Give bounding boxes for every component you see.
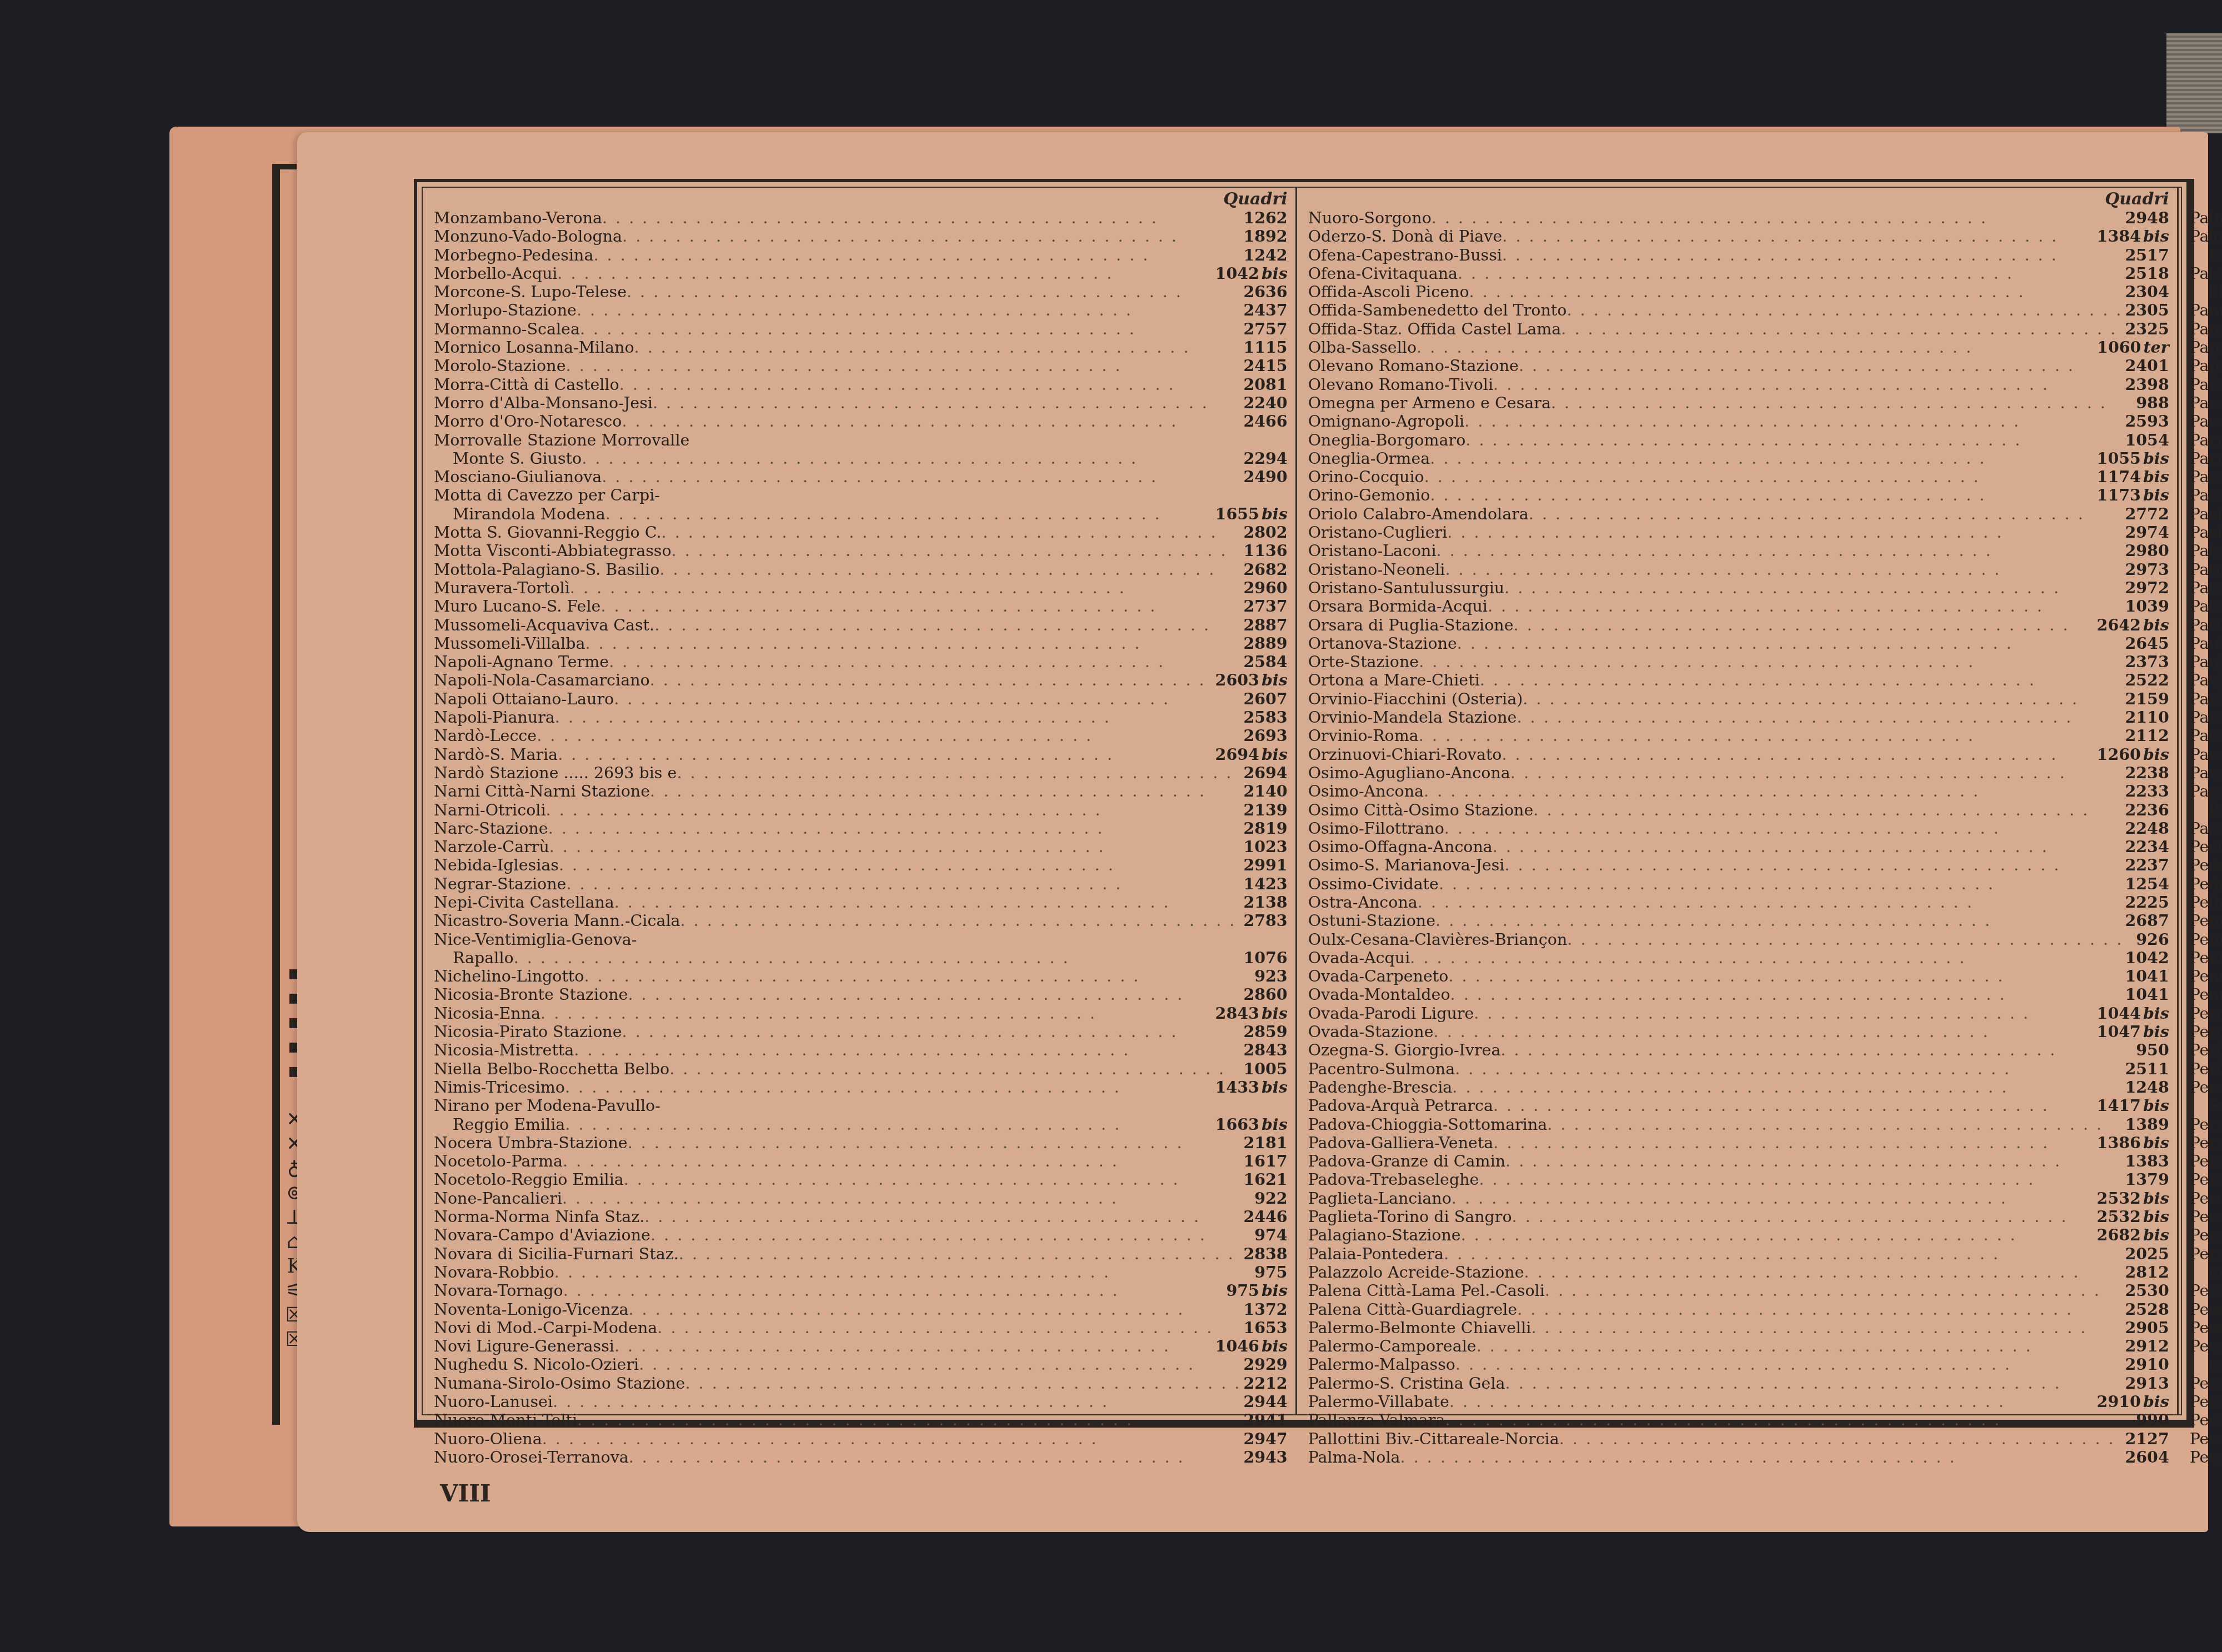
table-number: 2248 (2123, 819, 2169, 838)
table-number: 2398 (2123, 376, 2169, 394)
station-route-name: Padova-Arquà Petrarca (1308, 1097, 1493, 1115)
index-entry: Narni-Otricoli2139 (434, 801, 1288, 819)
table-number: 1383 (2123, 1152, 2169, 1170)
table-number: 1655 (1213, 505, 1259, 523)
station-route-name: Orino-Gemonio (1308, 486, 1430, 504)
leader-dots (614, 690, 1241, 708)
station-route-name: Narni Città-Narni Stazione (434, 782, 650, 800)
table-number-suffix: bis (2143, 1393, 2169, 1411)
index-entry: Passignano-Castel Rigone2100 (2190, 468, 2222, 486)
station-route-name: Pennabilli-Mercatino Marecchia (2190, 912, 2222, 930)
index-entry: Pellegrino-Fornovo1592 (2190, 893, 2222, 912)
leader-dots (679, 1245, 1242, 1263)
index-entry: Osimo-Agugliano-Ancona2238 (1308, 764, 2169, 782)
table-number: 2838 (1241, 1245, 1287, 1263)
index-entry: Mormanno-Scalea2757 (434, 320, 1288, 338)
index-entry: Morbello-Acqui1042bis (434, 264, 1288, 283)
table-number: 1417 (2095, 1097, 2141, 1115)
station-route-name: Pesaro-Urbino (2190, 1374, 2222, 1393)
index-entry: Palmanova-Udine1431 (2190, 209, 2222, 227)
table-number-suffix: bis (2143, 1208, 2169, 1226)
index-entry: Morro d'Alba-Monsano-Jesi2240 (434, 394, 1288, 412)
table-number: 2237 (2123, 856, 2169, 874)
table-number-suffix: bis (2143, 745, 2169, 764)
index-entry: Mirandola Modena1655bis (434, 505, 1288, 523)
index-entry: Nicosia-Bronte Stazione2860 (434, 985, 1288, 1004)
station-route-name: Oristano-Neoneli (1308, 560, 1445, 579)
leader-dots (1410, 949, 2123, 967)
station-route-name: Nuoro-Orosei-Terranova (434, 1448, 629, 1466)
leader-dots (584, 967, 1252, 985)
index-entry: Ostra-Ancona2225 (1308, 893, 2169, 912)
index-entry: Pallanza-Valmara990 (1308, 1411, 2169, 1429)
station-route-name: Palombara (2209, 246, 2222, 264)
index-entry: Perugia-Monteluce2114 (2190, 1189, 2222, 1208)
station-route-name: Perosa Arg.-Pragelato-Colle di (2190, 1078, 2222, 1097)
table-number: 2212 (1241, 1374, 1287, 1393)
table-number: 1260 (2095, 745, 2141, 764)
station-route-name: Morbello-Acqui (434, 264, 557, 283)
leader-dots (1448, 967, 2123, 985)
table-number: 923 (1252, 967, 1288, 985)
table-number-suffix: bis (1262, 1281, 1288, 1300)
index-entry: Penne-Pescara Centrale2483 (2190, 985, 2222, 1004)
station-route-name: Ozegna-S. Giorgio-Ivrea (1308, 1041, 1501, 1059)
station-route-name: Morra-Città di Castello (434, 376, 619, 394)
index-entry: Osimo Città-Osimo Stazione2236 (1308, 801, 2169, 819)
index-entry: Pescara-Stazione Centrale2485 (2190, 1430, 2222, 1448)
leader-dots (563, 1152, 1241, 1170)
index-entry: Parasacco-Pavia1101bis (2190, 376, 2222, 394)
index-entry: Orino-Cocquio1174bis (1308, 468, 2169, 486)
table-number: 2583 (1241, 708, 1287, 727)
station-route-name: Penna S. Giovanni-Falerone (2190, 930, 2222, 949)
leader-dots (1424, 782, 2123, 800)
table-number: 1248 (2123, 1078, 2169, 1097)
station-route-name: Muravera-Tortolì (434, 579, 570, 597)
table-number-suffix: bis (1262, 505, 1288, 523)
index-entry: Morra-Città di Castello2081 (434, 376, 1288, 394)
index-entry: Perugia-Torricella (Lago Trasi- (2190, 1245, 2222, 1263)
leader-dots (541, 1004, 1213, 1023)
index-entry: Pavullo-Fanano1662 (2190, 727, 2222, 745)
station-route-name: Pareto-Spigno Stazione (2190, 412, 2222, 430)
leader-dots (514, 949, 1242, 967)
table-number-suffix: bis (1262, 1337, 1288, 1355)
table-number: 2843 (1213, 1004, 1259, 1023)
index-entry: Parma-Lesignano dei Bagni1574 (2190, 449, 2222, 468)
table-number: 2910 (2123, 1355, 2169, 1374)
station-route-name: Pastena-Isoletta (2190, 505, 2222, 523)
station-route-name: Nocetolo-Parma (434, 1152, 563, 1170)
index-entry: Perugia-Petrignano2094 (2190, 1208, 2222, 1226)
table-number: 1254 (2123, 875, 2169, 893)
station-route-name: Padova-Chioggia-Sottomarina (1308, 1115, 1548, 1134)
index-entry: Paglieta-Lanciano2532bis (1308, 1189, 2169, 1208)
index-entry: Muro Lucano-S. Fele2737 (434, 597, 1288, 615)
station-route-name: Passignano-Castel Rigone (2190, 468, 2222, 486)
index-entry: meno)2087 (2190, 1263, 2222, 1281)
index-entry: Parco-Palermo2913bis (2190, 394, 2222, 412)
index-entry: Numana-Sirolo-Osimo Stazione2212 (434, 1374, 1288, 1393)
table-number: 2974 (2123, 523, 2169, 542)
table-number: 988 (2134, 394, 2169, 412)
index-entry: Norma-Norma Ninfa Staz.2446 (434, 1208, 1288, 1226)
station-route-name: Padova-Granze di Camin (1308, 1152, 1505, 1170)
station-route-name: Ovada-Acqui (1308, 949, 1410, 967)
leader-dots (1519, 357, 2123, 375)
table-number-suffix: bis (2143, 227, 2169, 246)
station-route-name: Palermo-Villabate (1308, 1393, 1449, 1411)
leader-dots (685, 1374, 1241, 1393)
index-entry: Perugia-Chiusi (serv. diretto)2007 (2190, 1115, 2222, 1134)
index-entry: libretti2116 (2190, 283, 2222, 301)
index-entry: Ovada-Acqui1042 (1308, 949, 2169, 967)
station-route-name: Mormanno-Scalea (434, 320, 580, 338)
table-number: 2913 (2123, 1374, 2169, 1393)
index-entry: Paterno Calabro-Cosenza2746 (2190, 542, 2222, 560)
leader-dots (577, 301, 1241, 319)
table-number: 1054 (2123, 431, 2169, 449)
index-entry: Pavia-Monticelli Pavese1108 (2190, 708, 2222, 727)
station-route-name: Pavullo (2209, 801, 2222, 819)
leader-dots (1430, 486, 2094, 504)
table-number: 1174 (2095, 468, 2141, 486)
station-route-name: Padenghe-Brescia (1308, 1078, 1453, 1097)
leader-dots (1547, 1115, 2123, 1134)
station-route-name: Paglieta-Torino di Sangro (1308, 1208, 1512, 1226)
leader-dots (1479, 1170, 2123, 1189)
station-route-name: Perugia-Corciano-Perugia (2190, 1134, 2222, 1152)
table-number: 2234 (2123, 838, 2169, 856)
table-number: 2604 (2123, 1448, 2169, 1466)
index-entry: Novara di Sicilia-Furnari Staz.2838 (434, 1245, 1288, 1263)
table-number: 2603 (1213, 671, 1259, 689)
station-route-name: Parasacco-Pavia (2190, 376, 2222, 394)
index-entry: Nocera Umbra-Stazione2181 (434, 1134, 1288, 1152)
table-number: 2528 (2123, 1300, 2169, 1319)
leader-dots (1504, 856, 2123, 874)
index-entry: Oriolo Calabro-Amendolara2772 (1308, 505, 2169, 523)
leader-dots (657, 1319, 1241, 1337)
index-entry: Orvinio-Fiacchini (Osteria)2159 (1308, 690, 2169, 708)
station-route-name: Nardò-S. Maria (434, 745, 558, 764)
leader-dots (680, 912, 1242, 930)
index-entry: Rapallo1076 (434, 949, 1288, 967)
table-number-suffix: bis (2143, 1226, 2169, 1244)
station-route-name: Passo S. Angelo-Montegiorgio (2190, 486, 2222, 504)
table-number-suffix: bis (2143, 1023, 2169, 1041)
index-entry: Pescasseroli-Alfedena Staz.2515 (2190, 1448, 2222, 1466)
index-entry: Padova-Galliera-Veneta1386bis (1308, 1134, 2169, 1152)
leader-dots (1545, 1281, 2123, 1300)
station-route-name: None-Pancalieri (434, 1189, 562, 1208)
index-entry: Orte-Stazione2373 (1308, 653, 2169, 671)
leader-dots (1561, 320, 2123, 338)
table-number: 2238 (2123, 764, 2169, 782)
index-entry: Pesariis-Comeglians1488 (2190, 1281, 2222, 1300)
leader-dots (1465, 431, 2123, 449)
station-route-name: Narc-Stazione (434, 819, 548, 838)
station-route-name: Motta di Cavezzo per Carpi- (434, 486, 660, 504)
table-number: 2446 (1241, 1208, 1287, 1226)
index-entry: Novi di Mod.-Carpi-Modena1653 (434, 1319, 1288, 1337)
table-number: 2112 (2123, 727, 2169, 745)
station-route-name: Palmanova-Udine (2190, 209, 2222, 227)
index-entry: Paularo-Tolmezzo1472 (2190, 634, 2222, 653)
station-route-name: Nardò Stazione ..... 2693 bis e (434, 764, 677, 782)
table-number: 1136 (1241, 542, 1287, 560)
index-entry: Offida-Sambenedetto del Tronto2305 (1308, 301, 2169, 319)
index-entry: Oristano-Cuglieri2974 (1308, 523, 2169, 542)
index-entry: Pergola-Sassoferrato2204 (2190, 1023, 2222, 1041)
station-route-name: Pavia-Casteggio (2190, 690, 2222, 708)
station-route-name: Pergola-Senigallia (2190, 1041, 2222, 1059)
leader-dots (1447, 523, 2123, 542)
station-route-name: Nicosia-Mistretta (434, 1041, 574, 1059)
station-route-name: Novara di Sicilia-Furnari Staz. (434, 1245, 679, 1263)
index-entry: Ofena-Capestrano-Bussi2517 (1308, 246, 2169, 264)
station-route-name: Mottola-Palagiano-S. Basilio (434, 560, 659, 579)
station-route-name: Nardò-Lecce (434, 727, 537, 745)
station-route-name: Oriolo Calabro-Amendolara (1308, 505, 1529, 523)
index-entry: Osimo-Filottrano2248 (1308, 819, 2169, 838)
index-entry: Nimis-Tricesimo1433bis (434, 1078, 1288, 1097)
index-entry: Palagiano-Stazione2682bis (1308, 1226, 2169, 1244)
station-route-name: Orvinio-Roma (1308, 727, 1419, 745)
leader-dots (1480, 671, 2123, 689)
leader-dots (1502, 246, 2123, 264)
index-entry: Motta di Cavezzo per Carpi- (434, 486, 1288, 504)
leader-dots (565, 1078, 1213, 1097)
index-entry: Nirano per Modena-Pavullo- (434, 1097, 1288, 1115)
table-number: 2737 (1241, 597, 1287, 615)
station-route-name: Olba-Sassello (1308, 338, 1417, 357)
index-entry: Pavullo-Vignola-Bologna1671-1672 (2190, 764, 2222, 782)
index-entry: Nocetolo-Reggio Emilia1621 (434, 1170, 1288, 1189)
table-number: 2944 (1241, 1393, 1287, 1411)
table-number: 922 (1252, 1189, 1288, 1208)
station-route-name: Mirandola Modena (453, 505, 605, 523)
index-entry: Pastena-Isoletta2639 (2190, 505, 2222, 523)
index-entry: Pavullo1668bis (2190, 801, 2222, 819)
index-entry: Papozze-Adria1422 (2190, 338, 2222, 357)
index-entry: Pergine-Trento1316 (2190, 1004, 2222, 1023)
index-entry: Offida-Staz. Offida Castel Lama2325 (1308, 320, 2169, 338)
station-route-name: Orzinuovi-Chiari-Rovato (1308, 745, 1502, 764)
station-route-name: Nuoro-Oliena (434, 1430, 542, 1448)
index-entry: Oristano-Santulussurgiu2972 (1308, 579, 2169, 597)
station-route-name: Perosa Argentina-Perrero (2190, 1060, 2222, 1078)
station-route-name: Olevano Romano-Tivoli (1308, 376, 1493, 394)
index-entry: Morrovalle Stazione Morrovalle (434, 431, 1288, 449)
station-route-name: Ortanova-Stazione (1308, 634, 1457, 653)
station-route-name: Nuoro-Monti-Telti (434, 1411, 577, 1429)
index-entry: Palombara-Staz. Fara-Monte- (2190, 264, 2222, 283)
table-number: 2980 (2123, 542, 2169, 560)
leader-dots (566, 357, 1242, 375)
station-route-name: Pescara-Civitaquana (2190, 1393, 2222, 1411)
station-route-name: Omegna per Armeno e Cesara (1308, 394, 1551, 412)
station-route-name: Nuoro-Lanusei (434, 1393, 553, 1411)
station-route-name: Palombara-Staz. Fara-Monte- (2190, 264, 2222, 283)
index-entry: Nardò Stazione ..... 2693 bis e2694 (434, 764, 1288, 782)
table-number-suffix: bis (2143, 1097, 2169, 1115)
station-route-name: Morro d'Oro-Notaresco (434, 412, 622, 430)
station-route-name: Oristano-Cuglieri (1308, 523, 1448, 542)
table-number-suffix: bis (1262, 1004, 1288, 1023)
table-number: 1115 (1241, 338, 1287, 357)
leader-dots (628, 985, 1241, 1004)
leader-dots (602, 209, 1241, 227)
table-number: 2843 (1241, 1041, 1287, 1059)
station-route-name: Morbegno-Pedesina (434, 246, 593, 264)
leader-dots (555, 708, 1242, 727)
table-number: 2325 (2123, 320, 2169, 338)
station-route-name: Morcone-S. Lupo-Telese (434, 283, 627, 301)
leader-dots (1529, 505, 2123, 523)
table-number-suffix: ter (2143, 338, 2169, 357)
station-route-name: Pellegrino-Fornovo (2190, 893, 2222, 912)
station-route-name: Palermo-S. Cristina Gela (1308, 1374, 1505, 1393)
station-route-name: Ofena-Capestrano-Bussi (1308, 246, 1502, 264)
station-route-name: Perugia-Gubbio (2190, 1170, 2222, 1189)
leader-dots (1444, 1245, 2123, 1263)
station-route-name: Reggio Emilia (453, 1115, 565, 1134)
index-entry: Novara-Campo d'Aviazione974 (434, 1226, 1288, 1244)
leader-dots (609, 653, 1241, 671)
station-route-name: Ovada-Carpeneto (1308, 967, 1449, 985)
station-route-name: Osimo-Agugliano-Ancona (1308, 764, 1510, 782)
station-route-name: Pescara-Stazione Centrale (2190, 1430, 2222, 1448)
leader-dots (600, 597, 1241, 615)
table-number: 1055 (2095, 449, 2141, 468)
page-number: VIII (440, 1480, 491, 1507)
leader-dots (634, 338, 1242, 357)
table-number: 2947 (1241, 1430, 1287, 1448)
index-entry: Patrica-Frosinone2390 (2190, 560, 2222, 579)
table-number: 2693 (1241, 727, 1287, 745)
station-route-name: Oneglia-Ormea (1308, 449, 1430, 468)
station-route-name: Motta S. Giovanni-Reggio C. (434, 523, 662, 542)
station-route-name: Padova-Trebaseleghe (1308, 1170, 1479, 1189)
table-number: 1617 (1241, 1152, 1287, 1170)
leader-dots (1493, 1097, 2095, 1115)
index-entry: Orino-Gemonio1173bis (1308, 486, 2169, 504)
index-entry: Monzuno-Vado-Bologna1892 (434, 227, 1288, 246)
table-number: 2236 (2123, 801, 2169, 819)
leader-dots (1452, 1189, 2095, 1208)
index-entry: Napoli-Nola-Casamarciano2603bis (434, 671, 1288, 689)
index-entry: Pescara-Civitaquana2519 (2190, 1393, 2222, 1411)
index-entry: Pecetto-Alessandria1030bis (2190, 838, 2222, 856)
station-route-name: Pecetto-Alessandria (2190, 838, 2222, 856)
station-route-name: Pacentro-Sulmona (1308, 1060, 1455, 1078)
station-route-name: Negrar-Stazione (434, 875, 566, 893)
station-route-name: Nimis-Tricesimo (434, 1078, 565, 1097)
leader-dots (628, 1300, 1241, 1319)
index-entry: Nardò-Lecce2693 (434, 727, 1288, 745)
table-number: 2584 (1241, 653, 1287, 671)
station-route-name: Monzambano-Verona (434, 209, 602, 227)
table-number-suffix: bis (2143, 468, 2169, 486)
station-route-name: Nebida-Iglesias (434, 856, 559, 874)
station-route-name: Perugia-Spina (2190, 1226, 2222, 1244)
index-entry: Padova-Granze di Camin1383 (1308, 1152, 2169, 1170)
index-entry: Morlupo-Stazione2437 (434, 301, 1288, 319)
leader-dots (1455, 1060, 2123, 1078)
leader-dots (650, 782, 1241, 800)
leader-dots (1559, 1430, 2123, 1448)
index-entry: Napoli-Pianura2583 (434, 708, 1288, 727)
index-entry: Napoli-Agnano Terme2584 (434, 653, 1288, 671)
table-number: 2783 (1241, 912, 1287, 930)
station-route-name: Nocera Umbra-Stazione (434, 1134, 628, 1152)
station-route-name: Palermo-Malpasso (1308, 1355, 1455, 1374)
table-number: 2490 (1241, 468, 1287, 486)
station-route-name: Osimo-Offagna-Ancona (1308, 838, 1493, 856)
leader-dots (1502, 227, 2094, 246)
station-route-name: Paterno Calabro-Cosenza (2190, 542, 2222, 560)
index-entry: Noventa-Lonigo-Vicenza1372 (434, 1300, 1288, 1319)
station-route-name: Paglieta-Lanciano (1308, 1189, 1452, 1208)
leader-dots (628, 1134, 1242, 1152)
index-entry: Ossimo-Cividate1254 (1308, 875, 2169, 893)
index-entry: Perugia-Spina2095 (2190, 1226, 2222, 1244)
table-number: 1653 (1241, 1319, 1287, 1337)
table-number: 1433 (1213, 1078, 1259, 1097)
station-route-name: Nicosia-Enna (434, 1004, 541, 1023)
station-route-name: Pergine-Trento (2190, 1004, 2222, 1023)
column-header: Quadri (434, 191, 1288, 208)
station-route-name: Narzole-Carrù (434, 838, 549, 856)
station-route-name: Orsara di Puglia-Stazione (1308, 616, 1514, 634)
station-route-name: Olevano Romano-Stazione (1308, 357, 1519, 375)
table-number: 2887 (1241, 616, 1287, 634)
table-number: 1041 (2123, 985, 2169, 1004)
leader-dots (1445, 560, 2123, 579)
index-entry: Penna S. Giovanni-Falerone2282 (2190, 930, 2222, 949)
table-number: 1892 (1241, 227, 1287, 246)
leader-dots (546, 801, 1242, 819)
station-route-name: Nicosia-Pirato Stazione (434, 1023, 622, 1041)
index-entry: Palombara-Marcellina Staz.- (2190, 227, 2222, 246)
table-number: 1046 (1213, 1337, 1259, 1355)
index-entry: Perosa Argentina-Perrero924 (2190, 1060, 2222, 1078)
index-entry: Muravera-Tortolì2960 (434, 579, 1288, 597)
station-route-name: Perugia-Chiusi (serv. diretto) (2190, 1115, 2222, 1134)
table-number: 2138 (1241, 893, 1287, 912)
station-route-name: Pavullo-Vignola-Bologna (2190, 764, 2222, 782)
station-route-name: Pavullo-Modena (2190, 745, 2222, 764)
table-number: 2140 (1241, 782, 1287, 800)
table-number: 1621 (1241, 1170, 1287, 1189)
station-route-name: Narni-Otricoli (434, 801, 546, 819)
table-number: 2518 (2123, 264, 2169, 283)
index-entry: Napoli Ottaiano-Lauro2607 (434, 690, 1288, 708)
station-route-name: Mosciano-Giulianova (434, 468, 602, 486)
station-route-name: Monzuno-Vado-Bologna (434, 227, 622, 246)
leader-dots (1523, 690, 2123, 708)
table-number: 1039 (2123, 597, 2169, 615)
station-route-name: Panni-Montaguto-Panni Staz. (2190, 301, 2222, 319)
station-route-name: Norma-Norma Ninfa Staz. (434, 1208, 644, 1226)
table-number: 1041 (2123, 967, 2169, 985)
index-entry: Palermo-S. Cristina Gela2913 (1308, 1374, 2169, 1393)
table-number: 2860 (1241, 985, 1287, 1004)
index-entry: Oristano-Laconi2980 (1308, 542, 2169, 560)
leader-dots (1439, 875, 2123, 893)
